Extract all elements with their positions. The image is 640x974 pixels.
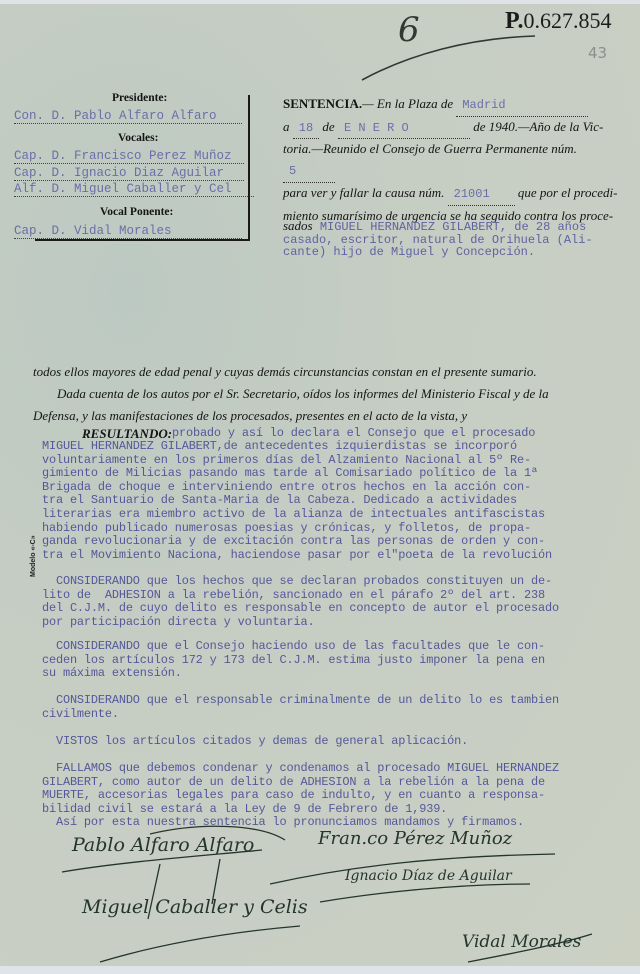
signature-vocal-1: Fran.co Pérez Muñoz bbox=[318, 828, 512, 849]
document-page: 6 P.0.627.854 43 Presidente: Con. D. Pab… bbox=[0, 4, 640, 966]
signature-vocal-2: Ignacio Díaz de Aguilar bbox=[345, 868, 512, 884]
signature-president: Pablo Alfaro Alfaro bbox=[72, 834, 254, 856]
scan-bottom-edge bbox=[0, 966, 640, 974]
signature-vocal-3: Miguel Caballer y Celis bbox=[82, 896, 308, 918]
signature-ponente: Vidal Morales bbox=[462, 932, 581, 952]
